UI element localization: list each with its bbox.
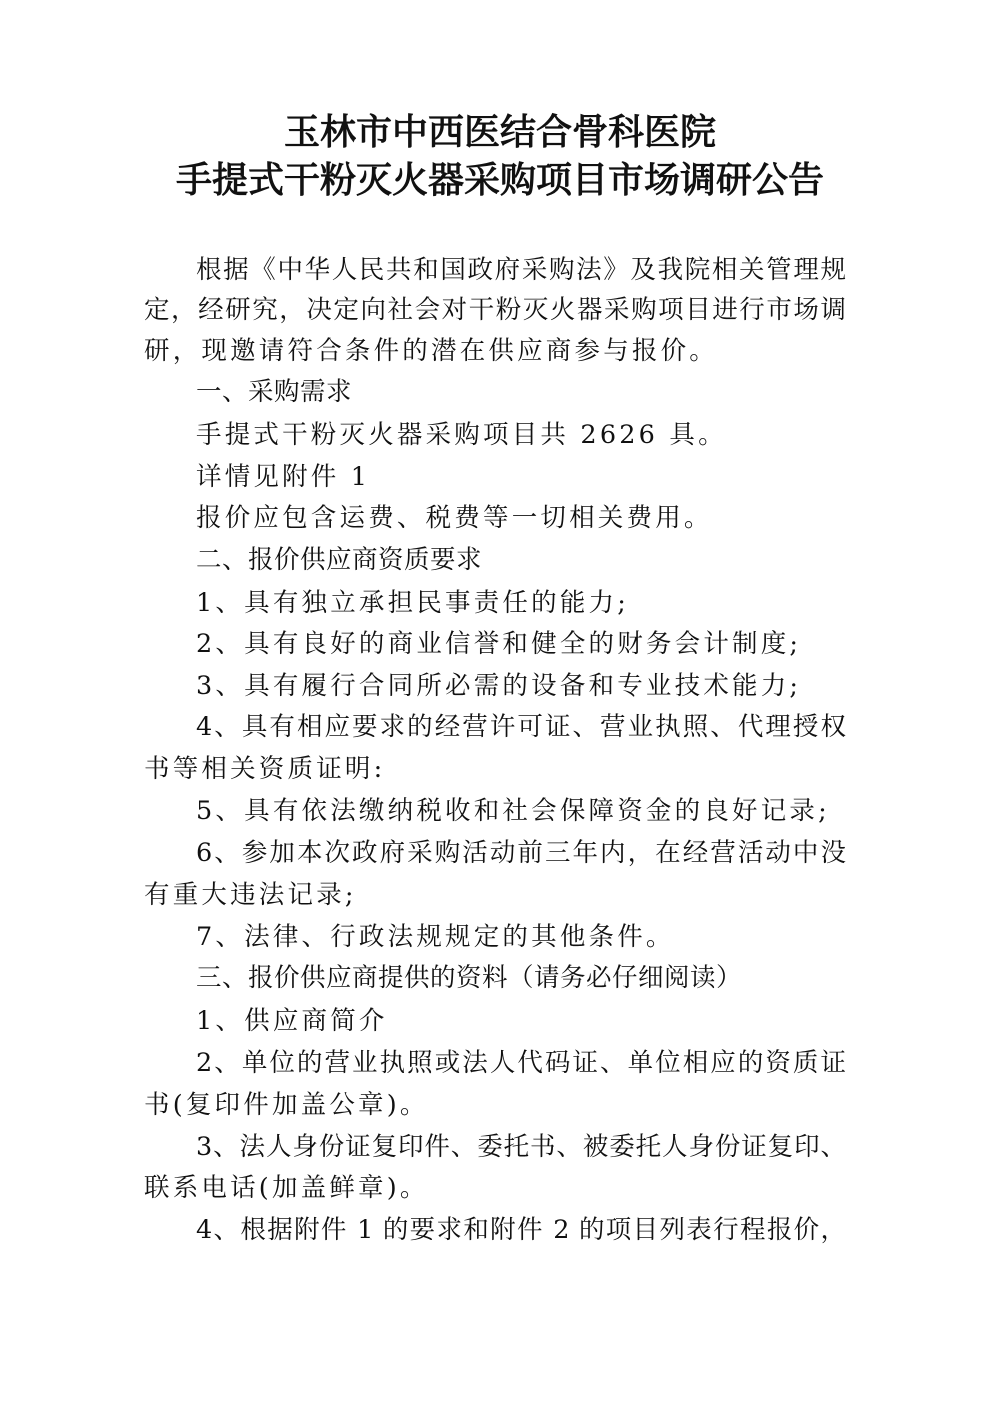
section-2-item-1: 1、具有独立承担民事责任的能力; [196, 588, 629, 618]
section-3-item-4: 4、根据附件 1 的要求和附件 2 的项目列表行程报价， [196, 1215, 846, 1245]
intro-line-3: 研，现邀请符合条件的潜在供应商参与报价。 [144, 336, 718, 366]
document-title-line-1: 玉林市中西医结合骨科医院 [0, 112, 1000, 152]
document-page: 玉林市中西医结合骨科医院 手提式干粉灭火器采购项目市场调研公告 根据《中华人民共… [0, 0, 1000, 1401]
section-2-item-5: 5、具有依法缴纳税收和社会保障资金的良好记录; [196, 796, 830, 826]
section-2-item-3: 3、具有履行合同所必需的设备和专业技术能力; [196, 671, 801, 701]
section-3-heading: 三、报价供应商提供的资料（请务必仔细阅读） [196, 963, 742, 993]
section-1-line-1: 手提式干粉灭火器采购项目共 2626 具。 [196, 420, 727, 450]
section-1-line-2: 详情见附件 1 [196, 462, 370, 492]
document-title-line-2: 手提式干粉灭火器采购项目市场调研公告 [0, 160, 1000, 200]
section-2-item-7: 7、法律、行政法规规定的其他条件。 [196, 922, 675, 952]
intro-line-1: 根据《中华人民共和国政府采购法》及我院相关管理规 [196, 255, 846, 285]
section-2-item-6: 6、参加本次政府采购活动前三年内，在经营活动中没 [196, 838, 846, 868]
section-3-item-3: 3、法人身份证复印件、委托书、被委托人身份证复印、 [196, 1132, 846, 1162]
section-2-item-2: 2、具有良好的商业信誉和健全的财务会计制度; [196, 629, 801, 659]
section-1-line-3: 报价应包含运费、税费等一切相关费用。 [196, 503, 713, 533]
section-2-item-4: 4、具有相应要求的经营许可证、营业执照、代理授权 [196, 712, 846, 742]
section-1-heading: 一、采购需求 [196, 377, 352, 407]
section-2-item-4-cont: 书等相关资质证明: [144, 754, 385, 784]
section-2-heading: 二、报价供应商资质要求 [196, 545, 482, 575]
section-3-item-1: 1、供应商简介 [196, 1006, 388, 1036]
section-3-item-2: 2、单位的营业执照或法人代码证、单位相应的资质证 [196, 1048, 846, 1078]
section-3-item-2-cont: 书(复印件加盖公章)。 [144, 1090, 429, 1120]
section-2-item-6-cont: 有重大违法记录; [144, 880, 357, 910]
section-3-item-3-cont: 联系电话(加盖鲜章)。 [144, 1173, 429, 1203]
intro-line-2: 定，经研究，决定向社会对干粉灭火器采购项目进行市场调 [144, 295, 846, 325]
